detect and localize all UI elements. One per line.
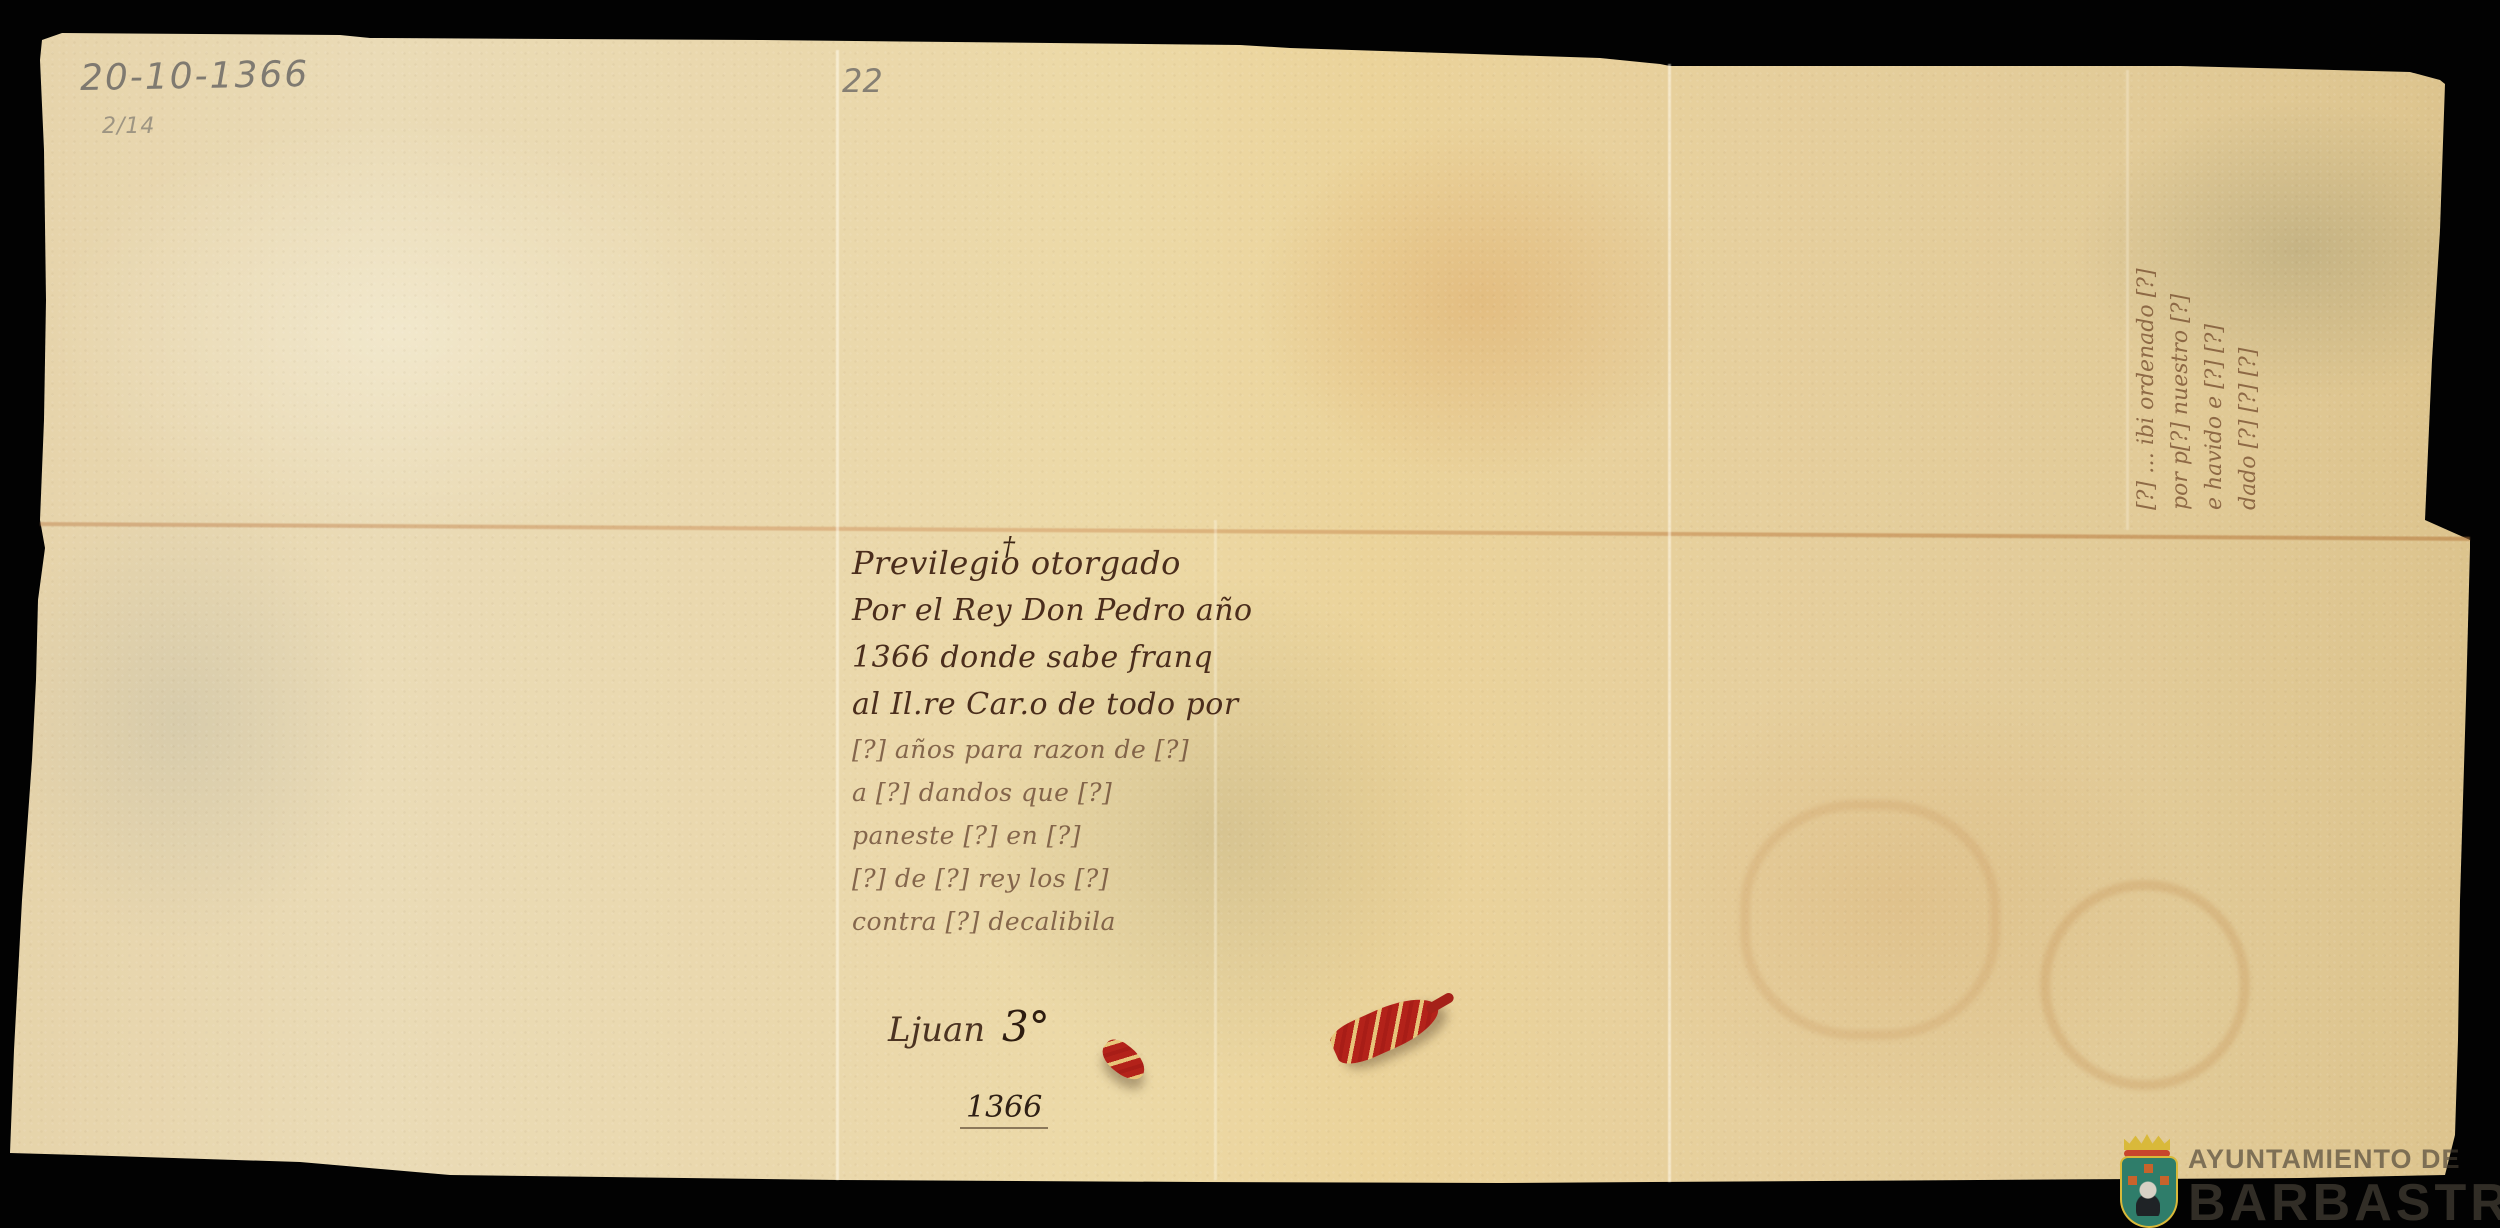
margin-note-line: e havido e [?] [?]	[2198, 90, 2232, 510]
document-viewer: 20-10-1366 2/14 22 † Previlegio otorgado…	[0, 0, 2500, 1228]
endorsement-line: 1366 donde sabe franq	[852, 634, 1192, 681]
endorsement-line: paneste [?] en [?]	[852, 814, 1192, 857]
faded-stamp-impression	[1740, 800, 2000, 1040]
bearded-figure-icon	[2136, 1180, 2160, 1216]
coat-of-arms-icon	[2120, 1134, 2174, 1226]
vertical-fold-line	[1668, 64, 1671, 1182]
margin-note-line: dado [?] [?] [?]	[2232, 90, 2266, 510]
cross-mark-icon: †	[1002, 532, 1015, 562]
signature-mark: 3°	[1002, 1002, 1050, 1051]
margin-note-line: por p[?] nuestro [?]	[2164, 90, 2198, 510]
archival-reference-note: 2/14	[102, 114, 155, 139]
endorsement-line: contra [?] decalibila	[852, 900, 1192, 943]
margin-note-line: [?] … ibi ordenado [?]	[2130, 90, 2164, 510]
vertical-fold-line	[2126, 70, 2129, 530]
endorsement-line: Previlegio otorgado	[852, 540, 1192, 587]
endorsement-line: [?] de [?] rey los [?]	[852, 857, 1192, 900]
endorsement-line: Por el Rey Don Pedro año	[852, 587, 1192, 634]
rotated-margin-note: [?] … ibi ordenado [?] por p[?] nuestro …	[2130, 90, 2250, 510]
institution-watermark: AYUNTAMIENTO DE BARBASTRO	[2120, 1134, 2500, 1228]
endorsement-line: a [?] dandos que [?]	[852, 771, 1192, 814]
endorsement-text-block: † Previlegio otorgado Por el Rey Don Ped…	[852, 540, 1192, 943]
watermark-text: AYUNTAMIENTO DE BARBASTRO	[2188, 1134, 2500, 1228]
archival-date-note: 20-10-1366	[80, 54, 310, 99]
shield-icon	[2120, 1156, 2178, 1228]
document-year: 1366	[960, 1090, 1048, 1129]
vertical-fold-line	[836, 50, 839, 1180]
archival-number-note: 22	[842, 62, 883, 100]
watermark-line-2: BARBASTRO	[2188, 1177, 2500, 1228]
crest-tile	[2144, 1164, 2153, 1173]
watermark-line-1: AYUNTAMIENTO DE	[2188, 1146, 2500, 1173]
faded-stamp-impression	[2040, 880, 2250, 1090]
signature: Ljuan 3°	[888, 1002, 1050, 1051]
crest-tile	[2160, 1176, 2169, 1185]
signature-name: Ljuan	[888, 1010, 985, 1050]
crown-icon	[2124, 1134, 2170, 1150]
endorsement-line: al Il.re Car.o de todo por	[852, 681, 1192, 728]
endorsement-line: [?] años para razon de [?]	[852, 728, 1192, 771]
